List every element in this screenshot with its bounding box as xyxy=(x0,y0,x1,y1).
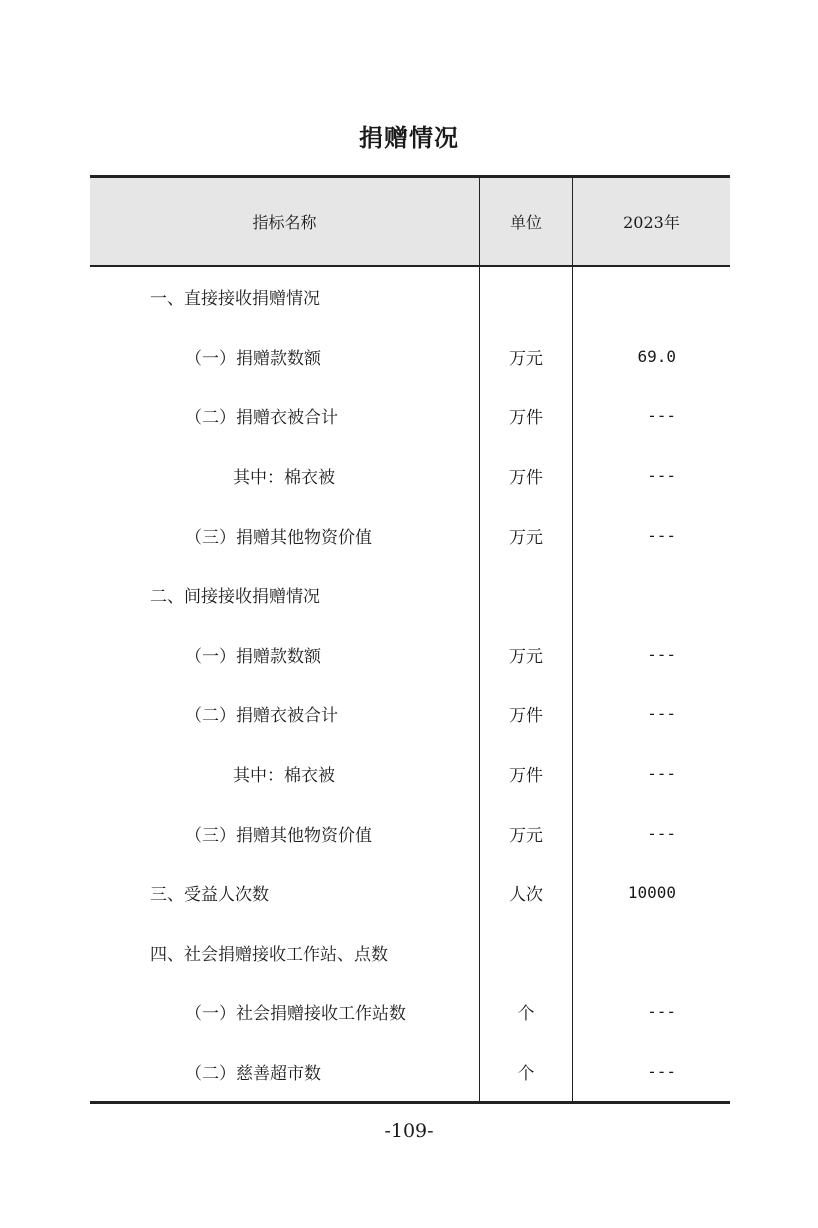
row-value: --- xyxy=(572,982,730,1042)
row-indicator-name: （一）捐赠款数额 xyxy=(90,625,479,685)
row-value: --- xyxy=(572,684,730,744)
row-indicator-name: （二）慈善超市数 xyxy=(90,1042,479,1102)
row-indicator-name: 其中：棉衣被 xyxy=(90,446,479,506)
row-unit: 个 xyxy=(479,982,572,1042)
row-unit xyxy=(479,565,572,625)
row-unit: 万元 xyxy=(479,505,572,565)
row-indicator-name: 二、间接接收捐赠情况 xyxy=(90,565,479,625)
row-value xyxy=(572,923,730,983)
row-indicator-name: 一、直接接收捐赠情况 xyxy=(90,267,479,327)
row-indicator-name: 其中：棉衣被 xyxy=(90,744,479,804)
page-title: 捐赠情况 xyxy=(0,118,818,153)
row-indicator-name: （一）社会捐赠接收工作站数 xyxy=(90,982,479,1042)
row-indicator-name: 四、社会捐赠接收工作站、点数 xyxy=(90,923,479,983)
row-value: --- xyxy=(572,744,730,804)
row-unit xyxy=(479,923,572,983)
row-indicator-name: 三、受益人次数 xyxy=(90,863,479,923)
table-row: 其中：棉衣被万件--- xyxy=(90,744,730,804)
row-unit: 个 xyxy=(479,1042,572,1102)
page-number: -109- xyxy=(0,1120,818,1142)
row-unit: 人次 xyxy=(479,863,572,923)
row-unit: 万元 xyxy=(479,625,572,685)
row-value: --- xyxy=(572,1042,730,1102)
row-value: --- xyxy=(572,505,730,565)
row-value: --- xyxy=(572,803,730,863)
row-value: 69.0 xyxy=(572,327,730,387)
table-row: 其中：棉衣被万件--- xyxy=(90,446,730,506)
row-value: --- xyxy=(572,386,730,446)
table-row: （二）捐赠衣被合计万件--- xyxy=(90,684,730,744)
table-row: 三、受益人次数人次10000 xyxy=(90,863,730,923)
row-value: --- xyxy=(572,625,730,685)
row-indicator-name: （三）捐赠其他物资价值 xyxy=(90,803,479,863)
header-unit: 单位 xyxy=(479,178,572,265)
table-row: （二）捐赠衣被合计万件--- xyxy=(90,386,730,446)
table-row: 四、社会捐赠接收工作站、点数 xyxy=(90,923,730,983)
row-unit xyxy=(479,267,572,327)
row-value xyxy=(572,267,730,327)
table-body: 一、直接接收捐赠情况（一）捐赠款数额万元69.0（二）捐赠衣被合计万件---其中… xyxy=(90,267,730,1104)
row-value: 10000 xyxy=(572,863,730,923)
table-row: （三）捐赠其他物资价值万元--- xyxy=(90,803,730,863)
table-row: 一、直接接收捐赠情况 xyxy=(90,267,730,327)
row-value xyxy=(572,565,730,625)
header-indicator-name: 指标名称 xyxy=(90,178,479,265)
table-row: （一）捐赠款数额万元69.0 xyxy=(90,327,730,387)
row-indicator-name: （二）捐赠衣被合计 xyxy=(90,684,479,744)
table-row: （一）捐赠款数额万元--- xyxy=(90,625,730,685)
table-row: （一）社会捐赠接收工作站数个--- xyxy=(90,982,730,1042)
table-row: （二）慈善超市数个--- xyxy=(90,1042,730,1102)
row-indicator-name: （二）捐赠衣被合计 xyxy=(90,386,479,446)
row-unit: 万元 xyxy=(479,327,572,387)
header-year: 2023年 xyxy=(572,178,730,265)
row-unit: 万元 xyxy=(479,803,572,863)
donation-table: 指标名称 单位 2023年 一、直接接收捐赠情况（一）捐赠款数额万元69.0（二… xyxy=(90,175,730,1104)
table-row: 二、间接接收捐赠情况 xyxy=(90,565,730,625)
row-unit: 万件 xyxy=(479,744,572,804)
row-indicator-name: （三）捐赠其他物资价值 xyxy=(90,505,479,565)
row-indicator-name: （一）捐赠款数额 xyxy=(90,327,479,387)
row-unit: 万件 xyxy=(479,684,572,744)
table-row: （三）捐赠其他物资价值万元--- xyxy=(90,505,730,565)
row-unit: 万件 xyxy=(479,446,572,506)
row-unit: 万件 xyxy=(479,386,572,446)
table-header: 指标名称 单位 2023年 xyxy=(90,175,730,267)
row-value: --- xyxy=(572,446,730,506)
